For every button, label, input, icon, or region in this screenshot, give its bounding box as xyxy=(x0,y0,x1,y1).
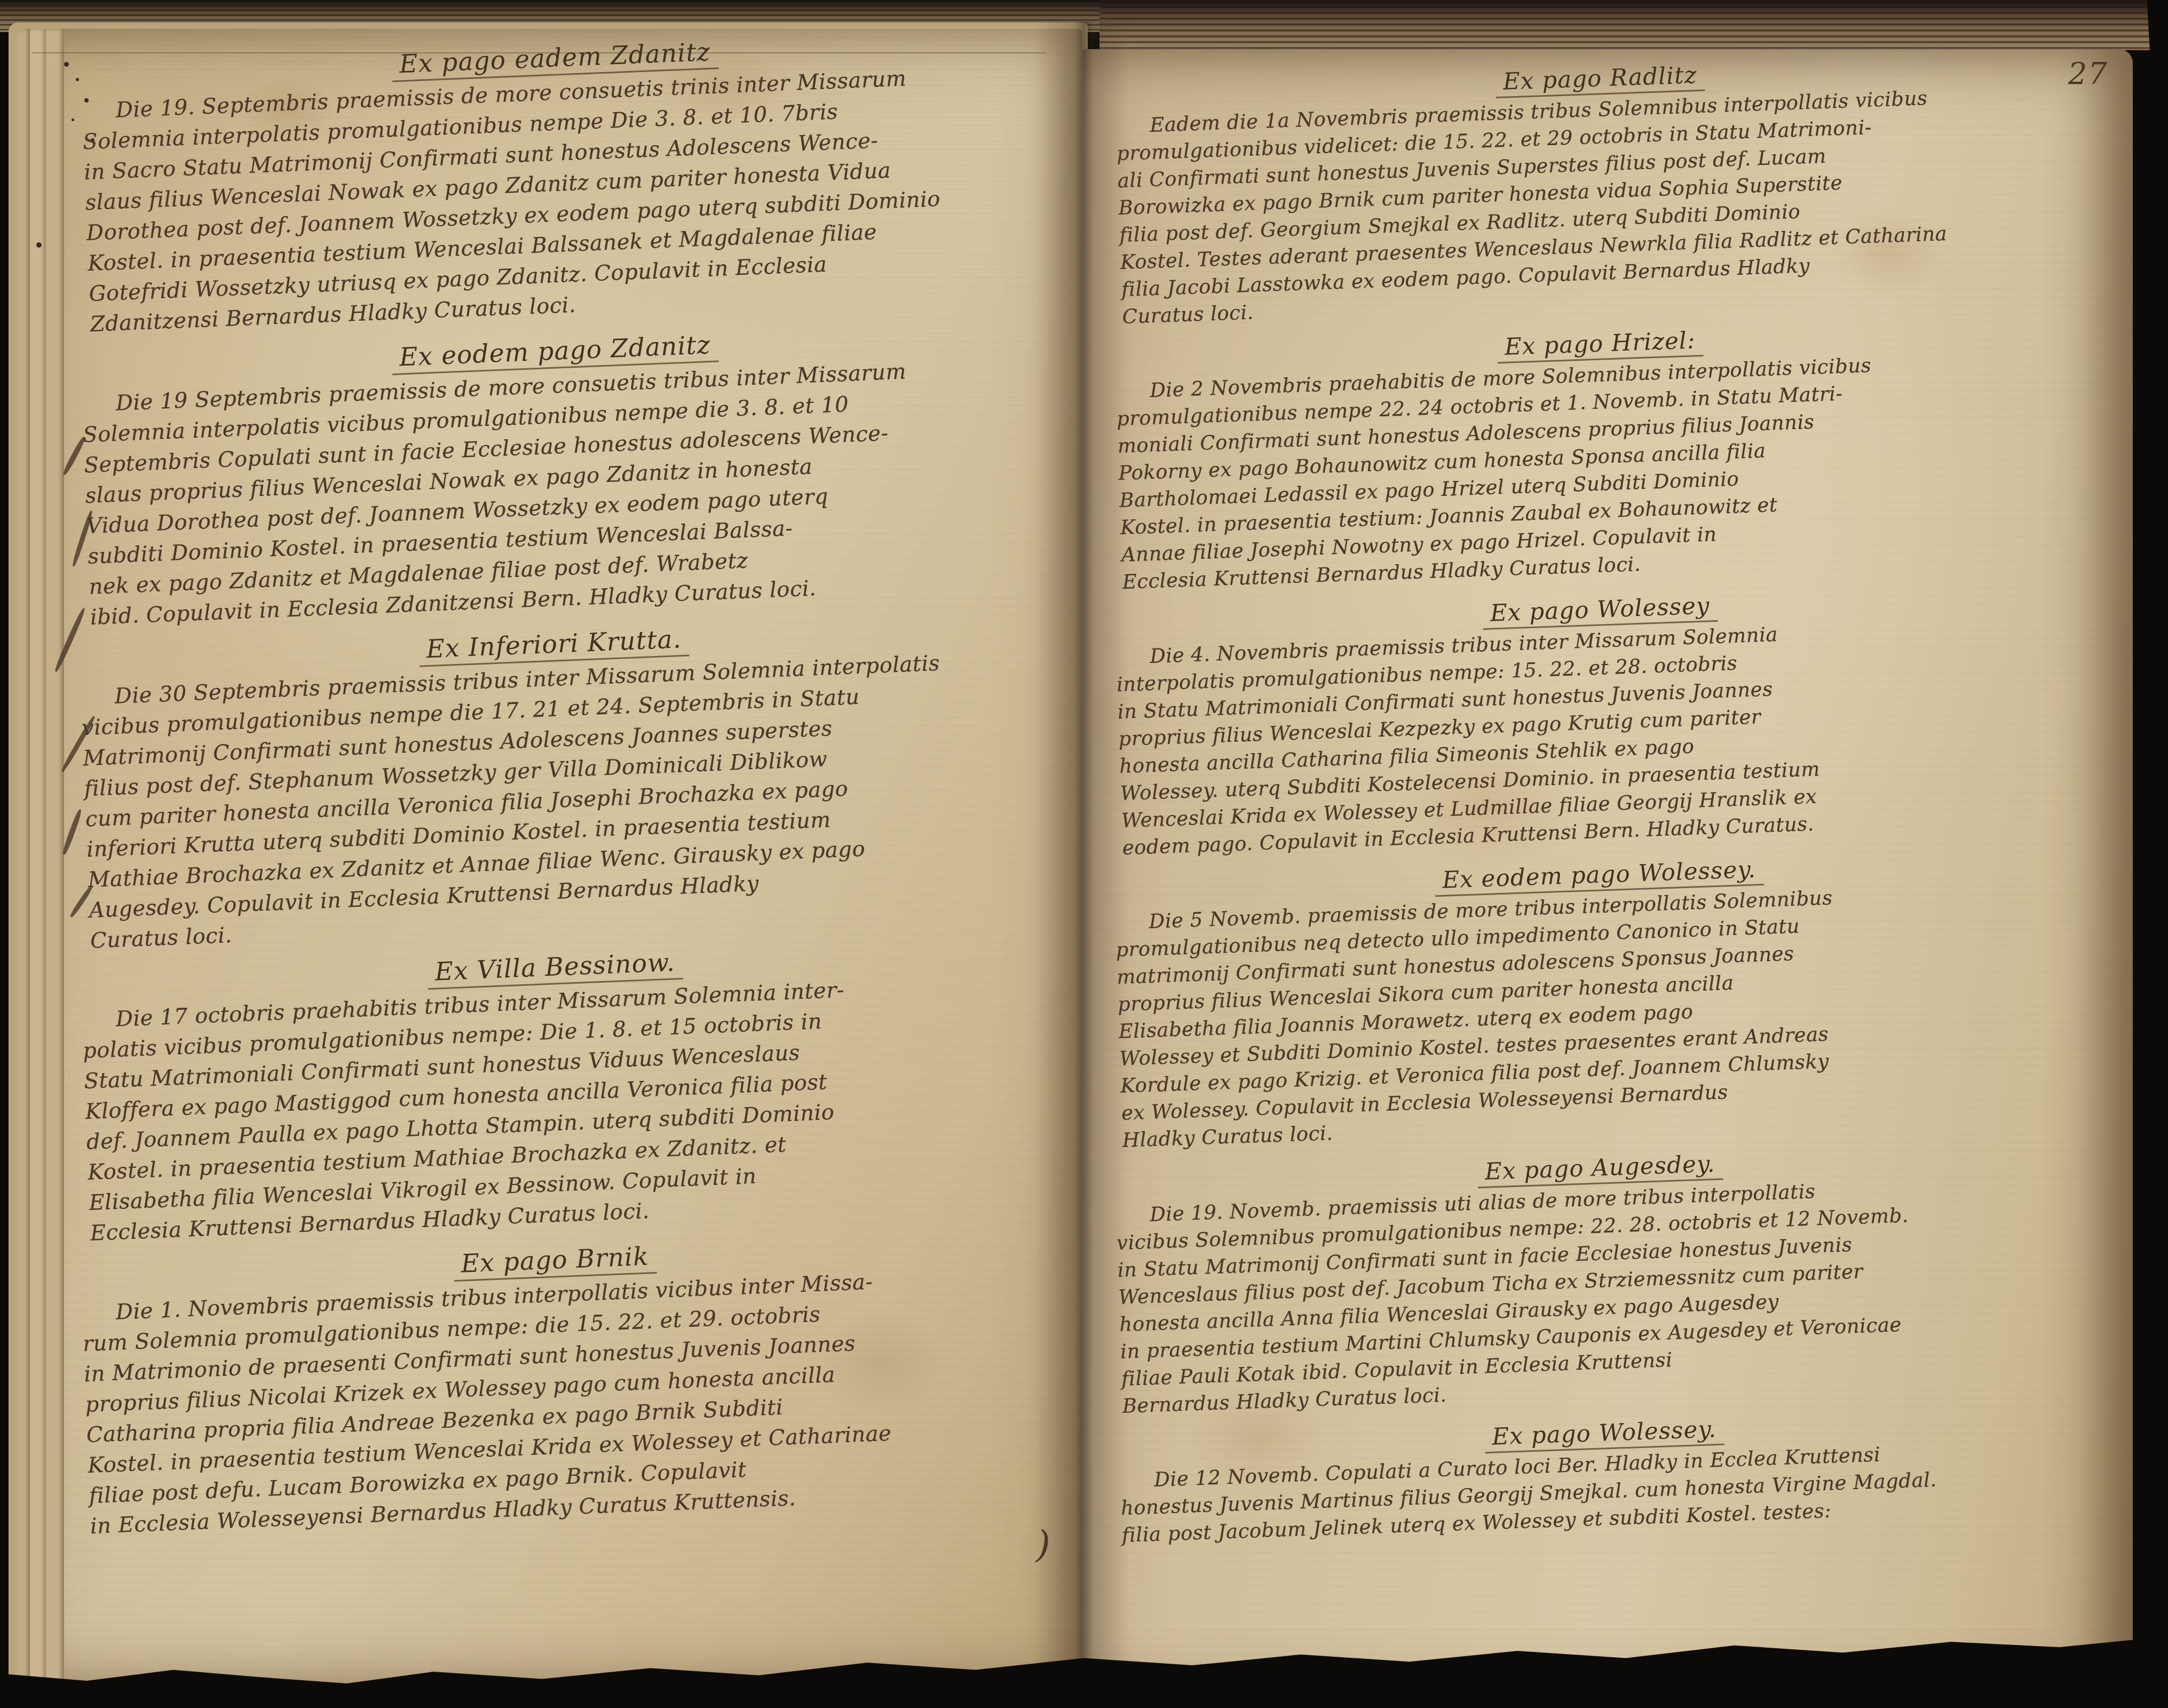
ink-speck xyxy=(76,78,79,81)
right-page: 27 Ex pago RadlitzEadem die 1a Novembris… xyxy=(1082,49,2133,1708)
page-edge-strip xyxy=(46,29,64,1689)
page-edge-strip xyxy=(30,29,46,1689)
left-page-text: Ex pago eadem ZdanitzDie 19. Septembris … xyxy=(90,59,1040,1554)
register-entry: Ex eodem pago ZdanitzDie 19 Septembris p… xyxy=(80,314,1040,633)
right-page-text: Ex pago RadlitzEadem die 1a Novembris pr… xyxy=(1122,78,2093,1562)
closing-parenthesis-mark: ) xyxy=(1036,1522,1050,1566)
ink-fragment xyxy=(61,809,83,856)
register-entry: Ex pago Hrizel:Die 2 Novembris praehabit… xyxy=(1114,310,2093,596)
page-edge-strip xyxy=(16,29,30,1689)
register-entry: Ex pago BrnikDie 1. Novembris praemissis… xyxy=(80,1223,1040,1542)
register-entry: Ex Inferiori Krutta.Die 30 Septembris pr… xyxy=(78,607,1040,956)
photo-background-right xyxy=(2132,0,2168,1708)
register-entry: Ex pago eadem ZdanitzDie 19. Septembris … xyxy=(80,29,1040,340)
register-entry: Ex eodem pago Wolessey.Die 5 Novemb. pra… xyxy=(1113,841,2094,1155)
register-entry: Ex pago Augesdey.Die 19. Novemb. praemis… xyxy=(1114,1134,2093,1420)
register-entry: Ex Villa Bessinow.Die 17 octobris praeha… xyxy=(80,930,1040,1249)
ink-speck xyxy=(64,62,69,67)
book-top-edge-right xyxy=(1099,0,2168,50)
manuscript-photo: Ex pago eadem ZdanitzDie 19. Septembris … xyxy=(0,0,2168,1708)
register-entry: Ex pago Wolessey.Die 12 Novemb. Copulati… xyxy=(1118,1399,2093,1549)
register-entry: Ex pago WolesseyDie 4. Novembris praemis… xyxy=(1114,575,2093,862)
register-entry: Ex pago RadlitzEadem die 1a Novembris pr… xyxy=(1114,49,2093,330)
ink-speck xyxy=(72,118,74,121)
ink-speck xyxy=(36,242,42,248)
left-page: Ex pago eadem ZdanitzDie 19. Septembris … xyxy=(16,29,1082,1689)
